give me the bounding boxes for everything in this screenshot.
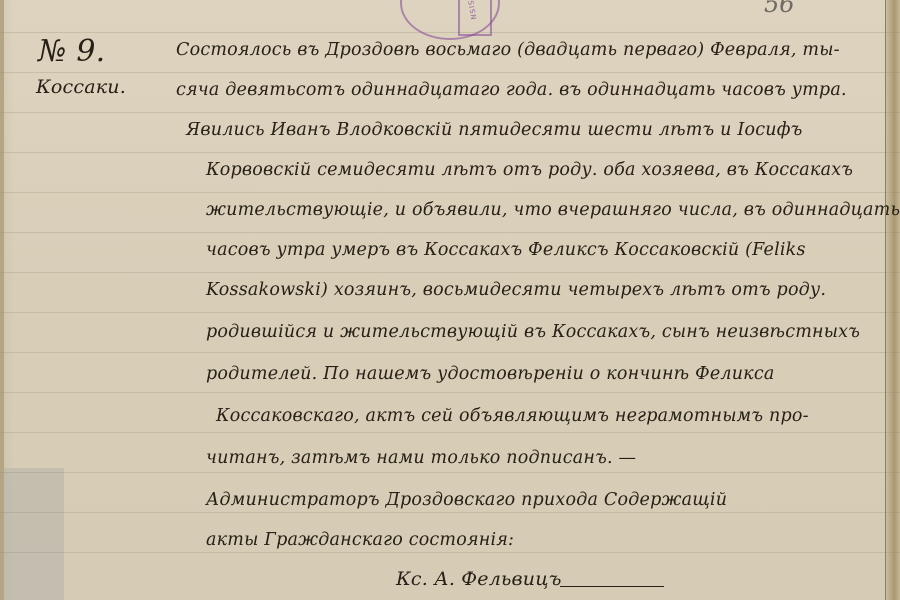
ruled-line — [0, 232, 900, 233]
ruled-line — [0, 312, 900, 313]
record-line-6: часовъ утра умеръ въ Коссакахъ Феликсъ К… — [206, 240, 806, 260]
record-line-8: родившійся и жительствующій въ Коссакахъ… — [206, 322, 860, 342]
record-line-5: жительствующіе, и объявили, что вчерашня… — [206, 200, 900, 220]
ruled-line — [0, 392, 900, 393]
record-line-11: читанъ, затѣмъ нами только подписанъ. — — [206, 448, 636, 468]
record-number: № 9. — [38, 34, 105, 69]
signature-flourish — [560, 586, 664, 587]
record-line-4: Корвовскій семидесяти лѣтъ отъ роду. оба… — [206, 160, 853, 180]
ruled-line — [0, 272, 900, 273]
ruled-line — [0, 352, 900, 353]
ruled-line — [0, 192, 900, 193]
ruled-line — [0, 552, 900, 553]
record-line-9: родителей. По нашемъ удостовѣреніи о кон… — [206, 364, 774, 384]
record-line-12: Администраторъ Дроздовскаго прихода Соде… — [206, 490, 727, 510]
page-binding-edge — [885, 0, 900, 600]
ruled-line — [0, 112, 900, 113]
record-line-1: Состоялось въ Дроздовѣ восьмаго (двадцат… — [176, 40, 840, 60]
record-line-2: сяча девятьсотъ одиннадцатаго года. въ о… — [176, 80, 847, 100]
scan-gray-patch — [4, 468, 64, 600]
ruled-line — [0, 432, 900, 433]
record-line-3: Явились Иванъ Влодковскій пятидесяти шес… — [186, 120, 802, 140]
record-line-7: Kossakowski) хозяинъ, восьмидесяти четыр… — [206, 280, 826, 300]
ruled-line — [0, 472, 900, 473]
ruled-line — [0, 72, 900, 73]
record-line-10: Коссаковскаго, актъ сей объявляющимъ нег… — [216, 406, 809, 426]
record-line-13: акты Гражданскаго состоянія: — [206, 530, 514, 550]
folio-number: 56 — [764, 0, 795, 18]
signature: Кс. А. Фельвицъ — [396, 568, 562, 590]
ruled-line — [0, 152, 900, 153]
record-place: Коссаки. — [36, 76, 126, 98]
ruled-line — [0, 512, 900, 513]
